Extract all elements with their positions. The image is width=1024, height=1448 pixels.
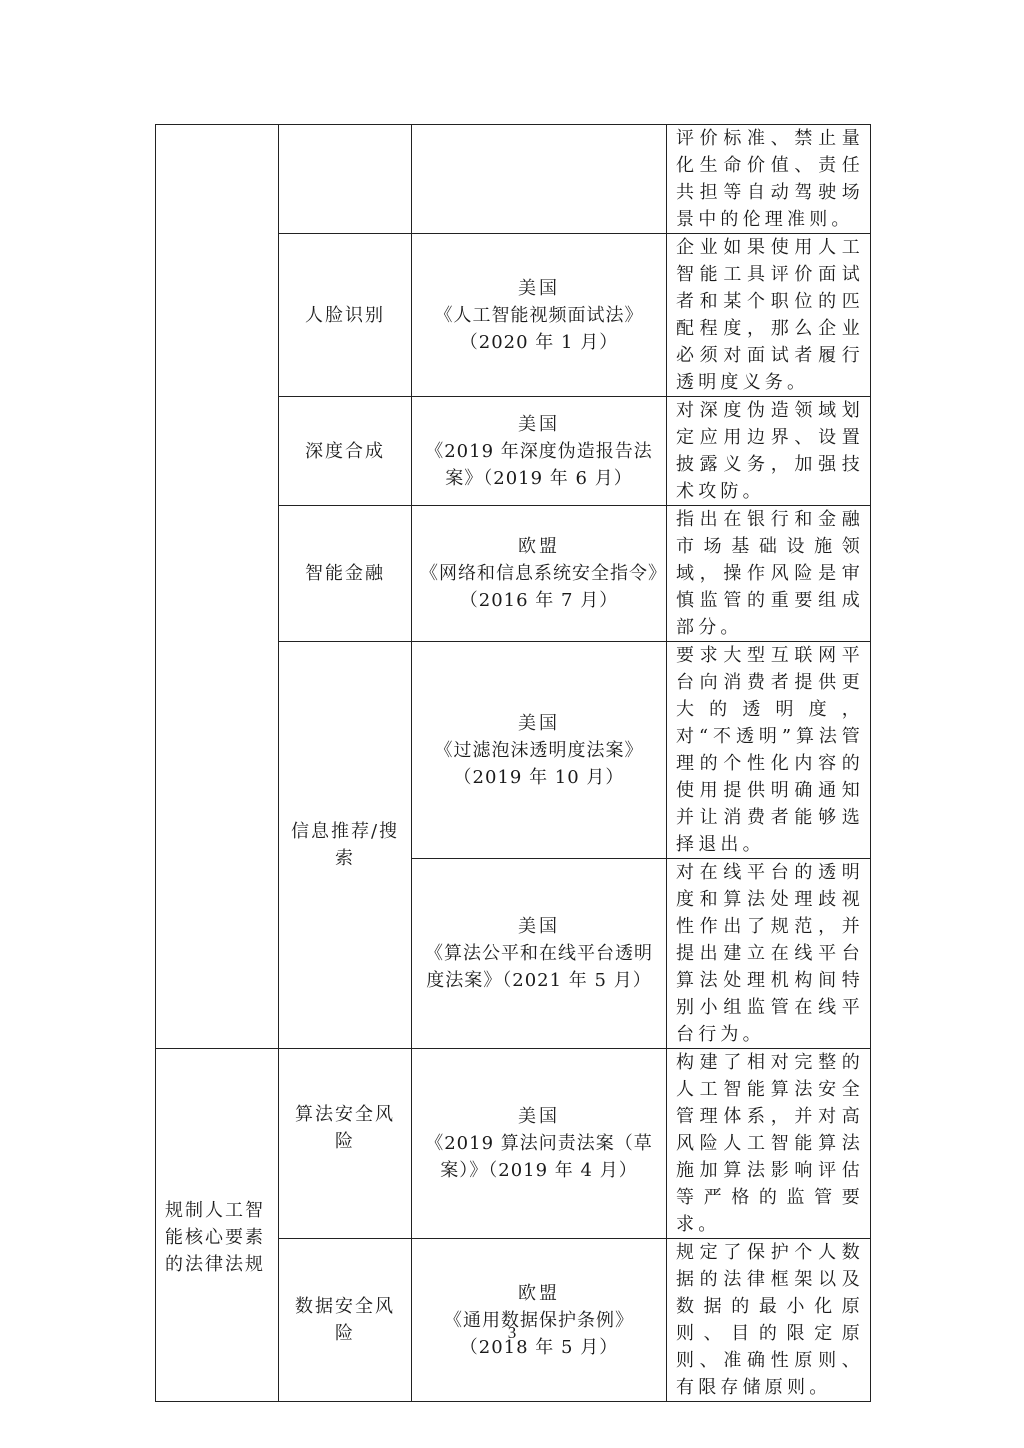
field-cell <box>279 125 412 234</box>
page-number: 3 <box>0 1323 1024 1343</box>
law-cell: 欧盟 《通用数据保护条例》 （2018 年 5 月） <box>412 1239 667 1402</box>
document-page: 评价标准、禁止量化生命价值、责任共担等自动驾驶场景中的伦理准则。 人脸识别 美国… <box>0 0 1024 1448</box>
description-cell: 要求大型互联网平台向消费者提供更大的透明度，对“不透明”算法管理的个性化内容的使… <box>667 642 871 859</box>
table-row: 规制人工智能核心要素的法律法规 算法安全风险 美国 《2019 算法问责法案（草… <box>156 1049 871 1239</box>
law-cell: 美国 《人工智能视频面试法》 （2020 年 1 月） <box>412 234 667 397</box>
description-cell: 对深度伪造领域划定应用边界、设置披露义务，加强技术攻防。 <box>667 397 871 506</box>
description-cell: 对在线平台的透明度和算法处理歧视性作出了规范，并提出建立在线平台算法处理机构间特… <box>667 859 871 1049</box>
description-cell: 评价标准、禁止量化生命价值、责任共担等自动驾驶场景中的伦理准则。 <box>667 125 871 234</box>
law-title: 《网络和信息系统安全指令》 <box>420 563 667 584</box>
law-date: （2021 年 5 月） <box>502 970 651 991</box>
law-date: （2019 年 4 月） <box>488 1160 637 1181</box>
description-cell: 指出在银行和金融市场基础设施领域，操作风险是审慎监管的重要组成部分。 <box>667 506 871 642</box>
country-label: 欧盟 <box>420 533 658 560</box>
law-title: 《过滤泡沫透明度法案》 <box>435 740 644 761</box>
field-cell: 深度合成 <box>279 397 412 506</box>
law-cell: 美国 《过滤泡沫透明度法案》 （2019 年 10 月） <box>412 642 667 859</box>
law-title: 《人工智能视频面试法》 <box>435 305 644 326</box>
law-cell <box>412 125 667 234</box>
country-label: 美国 <box>420 275 658 302</box>
category-cell: 规制人工智能核心要素的法律法规 <box>156 1049 279 1402</box>
law-date: （2020 年 1 月） <box>460 332 618 353</box>
country-label: 美国 <box>420 710 658 737</box>
category-cell-continued <box>156 125 279 1049</box>
field-cell: 数据安全风险 <box>279 1239 412 1402</box>
country-label: 欧盟 <box>420 1280 658 1307</box>
field-cell: 人脸识别 <box>279 234 412 397</box>
ai-law-table: 评价标准、禁止量化生命价值、责任共担等自动驾驶场景中的伦理准则。 人脸识别 美国… <box>155 124 871 1402</box>
field-cell: 信息推荐/搜索 <box>279 642 412 1049</box>
field-cell: 智能金融 <box>279 506 412 642</box>
field-cell: 算法安全风险 <box>279 1049 412 1239</box>
law-cell: 美国 《2019 年深度伪造报告法案》（2019 年 6 月） <box>412 397 667 506</box>
law-date: （2019 年 6 月） <box>483 468 632 489</box>
law-cell: 美国 《算法公平和在线平台透明度法案》（2021 年 5 月） <box>412 859 667 1049</box>
country-label: 美国 <box>420 1103 658 1130</box>
country-label: 美国 <box>420 411 658 438</box>
table-row: 评价标准、禁止量化生命价值、责任共担等自动驾驶场景中的伦理准则。 <box>156 125 871 234</box>
description-cell: 构建了相对完整的人工智能算法安全管理体系，并对高风险人工智能算法施加算法影响评估… <box>667 1049 871 1239</box>
law-date: （2019 年 10 月） <box>454 767 625 788</box>
law-date: （2016 年 7 月） <box>460 590 618 611</box>
description-cell: 规定了保护个人数据的法律框架以及数据的最小化原则、目的限定原则、准确性原则、有限… <box>667 1239 871 1402</box>
country-label: 美国 <box>420 913 658 940</box>
law-cell: 美国 《2019 算法问责法案（草案）》（2019 年 4 月） <box>412 1049 667 1239</box>
description-cell: 企业如果使用人工智能工具评价面试者和某个职位的匹配程度，那么企业必须对面试者履行… <box>667 234 871 397</box>
law-cell: 欧盟 《网络和信息系统安全指令》（2016 年 7 月） <box>412 506 667 642</box>
